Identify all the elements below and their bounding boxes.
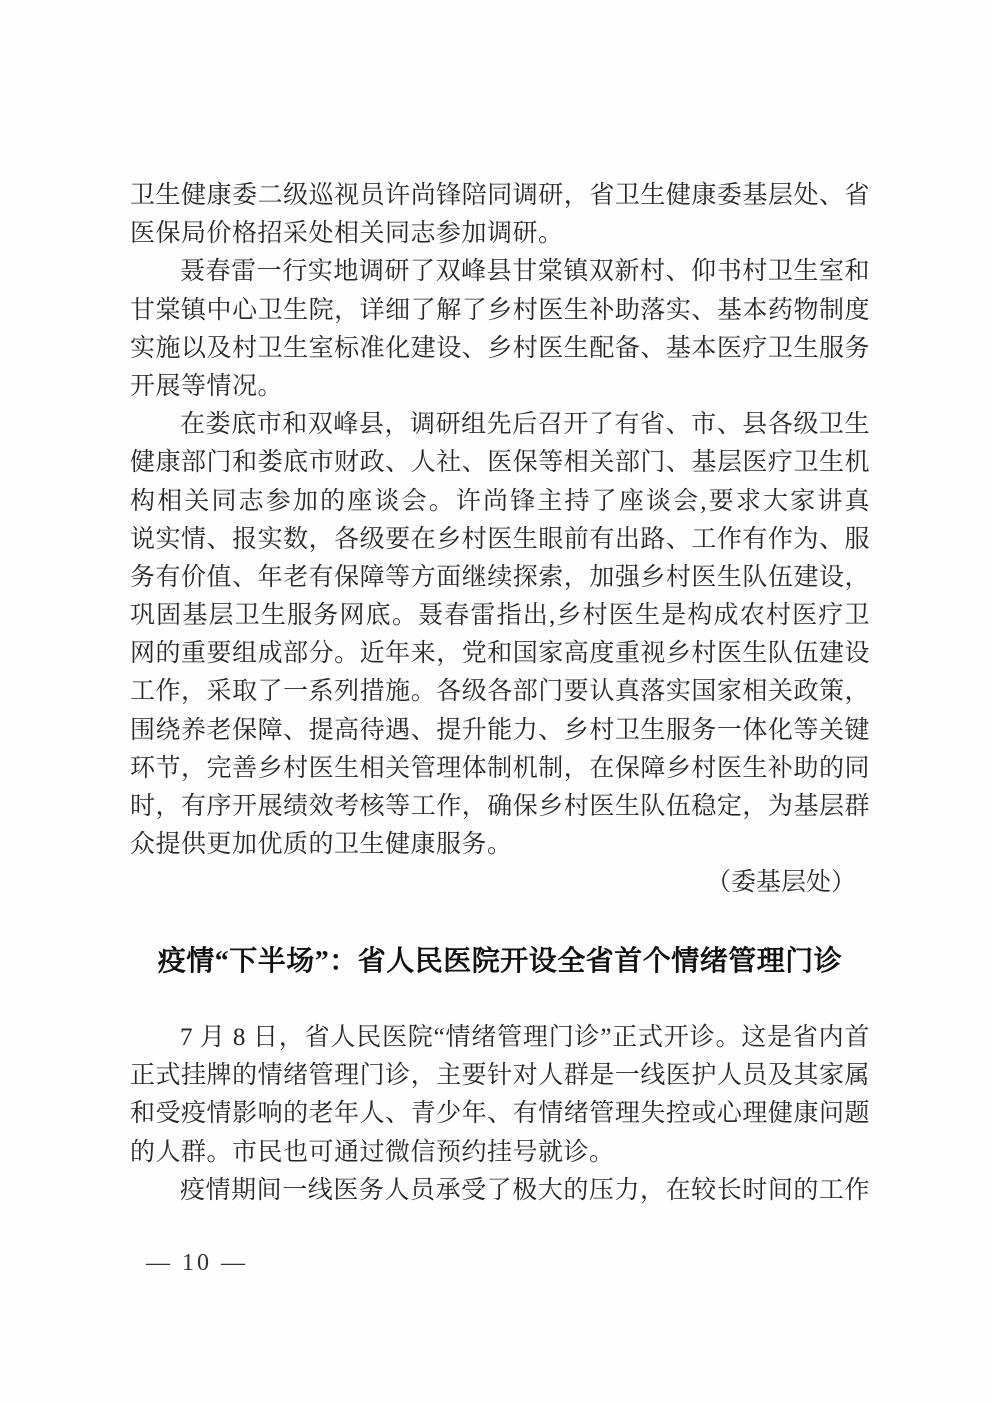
document-page: 卫生健康委二级巡视员许尚锋陪同调研，省卫生健康委基层处、省 医保局价格招采处相关… (0, 0, 992, 1403)
body-line: 环节，完善乡村医生相关管理体制机制，在保障乡村医生补助的同 (130, 750, 870, 788)
body-line: 聂春雷一行实地调研了双峰县甘棠镇双新村、仰书村卫生室和 (130, 253, 870, 291)
body-line: 实施以及村卫生室标准化建设、乡村医生配备、基本医疗卫生服务 (130, 330, 870, 368)
body-line: 时，有序开展绩效考核等工作，确保乡村医生队伍稳定，为基层群 (130, 788, 870, 826)
page-number: — 10 — (146, 1250, 248, 1277)
body-line: 卫生健康委二级巡视员许尚锋陪同调研，省卫生健康委基层处、省 (130, 177, 870, 215)
article2-body: 7 月 8 日，省人民医院“情绪管理门诊”正式开诊。这是省内首个 正式挂牌的情绪… (130, 1019, 870, 1210)
body-line: 疫情期间一线医务人员承受了极大的压力，在较长时间的工作 (130, 1172, 870, 1210)
body-line: 工作，采取了一系列措施。各级各部门要认真落实国家相关政策， (130, 673, 870, 711)
body-line: 巩固基层卫生服务网底。聂春雷指出,乡村医生是构成农村医疗卫生 (130, 597, 870, 635)
body-line: 务有价值、年老有保障等方面继续探索，加强乡村医生队伍建设， (130, 559, 870, 597)
body-line: 开展等情况。 (130, 368, 870, 406)
body-line: 甘棠镇中心卫生院，详细了解了乡村医生补助落实、基本药物制度 (130, 292, 870, 330)
article-title: 疫情“下半场”：省人民医院开设全省首个情绪管理门诊 (130, 941, 870, 983)
body-line: 正式挂牌的情绪管理门诊，主要针对人群是一线医护人员及其家属 (130, 1057, 870, 1095)
body-line: 在娄底市和双峰县，调研组先后召开了有省、市、县各级卫生 (130, 406, 870, 444)
body-line: 围绕养老保障、提高待遇、提升能力、乡村卫生服务一体化等关键 (130, 712, 870, 750)
body-line: 7 月 8 日，省人民医院“情绪管理门诊”正式开诊。这是省内首个 (130, 1019, 870, 1057)
body-line: 的人群。市民也可通过微信预约挂号就诊。 (130, 1134, 870, 1172)
body-line: 众提供更加优质的卫生健康服务。 (130, 826, 870, 864)
body-line: 健康部门和娄底市财政、人社、医保等相关部门、基层医疗卫生机 (130, 444, 870, 482)
body-line: 网的重要组成部分。近年来，党和国家高度重视乡村医生队伍建设 (130, 635, 870, 673)
body-line: 说实情、报实数，各级要在乡村医生眼前有出路、工作有作为、服 (130, 521, 870, 559)
body-line: 构相关同志参加的座谈会。许尚锋主持了座谈会,要求大家讲真话、 (130, 483, 870, 521)
body-line: 和受疫情影响的老年人、青少年、有情绪管理失控或心理健康问题 (130, 1095, 870, 1133)
body-line: 医保局价格招采处相关同志参加调研。 (130, 215, 870, 253)
article1-body: 卫生健康委二级巡视员许尚锋陪同调研，省卫生健康委基层处、省 医保局价格招采处相关… (130, 177, 870, 903)
article-signature: （委基层处） (130, 864, 870, 902)
